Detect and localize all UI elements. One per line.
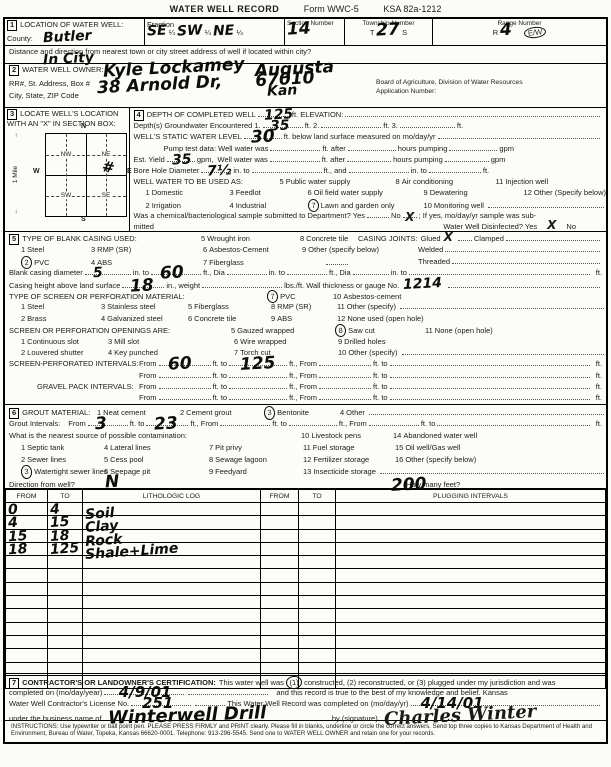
dotted-blank[interactable] [369,407,604,415]
yield-blank[interactable]: 35 [167,154,195,162]
option-sewage-lagoon[interactable]: 8Sewage lagoon [209,454,303,466]
litholog-cell-from2[interactable] [261,556,299,569]
section-grout: 6GROUT MATERIAL: 1Neat cement2Cement gro… [5,405,606,489]
signature-value: Charles Winter [384,707,537,725]
option-rmp-sr[interactable]: 3RMP (SR) [91,244,203,255]
option-number: 2 [21,347,25,358]
fraction-cell[interactable]: Fraction SE ¼ SW ¼ NE ¼ [145,19,285,45]
static-level-rest: ft. below land surface measured on mo/da… [284,131,436,142]
section-1-number: 1 [7,20,17,31]
litholog-cell-plugging[interactable] [336,556,606,569]
option-label: Livestock pens [311,430,361,442]
form-number: Form WWC-5 [304,4,359,14]
litholog-cell-from[interactable] [6,649,48,662]
litholog-cell-to[interactable]: 125 [48,542,83,555]
grout-from3-blank[interactable] [369,418,419,426]
litholog-cell-plugging[interactable] [336,529,606,542]
dotted-blank[interactable] [488,200,604,208]
joints-welded-label[interactable]: Welded [418,244,443,255]
option-livestock-pens[interactable]: 10Livestock pens [301,430,393,442]
litholog-cell-plugging[interactable] [336,596,606,609]
handwritten-to-value: 15 [50,516,81,528]
ft-to-label: ft. to [373,358,388,369]
direction-value[interactable]: N [105,477,120,488]
gravel-from3-blank[interactable] [159,392,211,400]
litholog-cell-from[interactable] [6,582,48,595]
signature-label: by (signature) [332,713,378,724]
bore2-to-blank[interactable] [429,165,481,173]
litholog-cell-plugging[interactable] [336,516,606,529]
casing-diameter-blank[interactable]: 5 [85,267,131,275]
litholog-cell-to2[interactable] [299,556,336,569]
option-asbestos-cement[interactable]: 6Asbestos-Cement [203,244,302,255]
ft-label: ft. [596,418,602,430]
openings-row2: 2Louvered shutter4Key punched7Torch cut1… [21,347,606,358]
litholog-cell-to2[interactable] [299,635,336,648]
arrow-up-icon: ↑ [15,133,18,139]
litholog-cell-plugging[interactable] [336,635,606,648]
option-number: 10 [301,430,309,442]
county-cell: 1LOCATION OF WATER WELL: County: Butler [5,19,145,45]
section-locate-and-depth: 3LOCATE WELL'S LOCATION WITH AN "X" IN S… [5,108,606,232]
static-level-blank[interactable]: 30 [244,131,282,139]
wall-value: 1214 [403,278,442,290]
option-concrete-tile[interactable]: 6Concrete tile [188,313,271,324]
litholog-cell-plugging[interactable] [336,622,606,635]
litholog-cell-from2[interactable] [261,622,299,635]
litholog-body: 04Soil415Clay1518Rock18125Shale+Lime [6,503,606,689]
ft-dia-label: ft., Dia [203,267,225,278]
litholog-header: TO [299,490,336,503]
groundwater2-blank[interactable] [321,120,381,128]
litholog-cell-from2[interactable] [261,582,299,595]
bore-diameter-blank[interactable]: 7½ [201,165,231,173]
litholog-cell-from2[interactable] [261,635,299,648]
option-stainless-steel[interactable]: 3Stainless steel [101,301,188,312]
owner-fields[interactable]: 2WATER WELL OWNER: RR#, St. Address, Box… [5,64,376,107]
option-label: Septic tank [27,442,64,454]
option-label: Concrete tile [306,233,348,244]
openings-row1: 1Continuous slot3Mill slot6Wire wrapped9… [21,336,606,347]
litholog-cell-to[interactable] [48,569,83,582]
gravel-from2-blank[interactable] [319,381,371,389]
ft-from-label: ft., From [289,358,317,369]
casing-height-value: 18 [130,280,154,291]
litholog-cell-to[interactable] [48,609,83,622]
one-mile-scale: ↑ 1 Mile ↓ [11,133,21,215]
litholog-cell-to2[interactable] [299,582,336,595]
option-seepage-pit[interactable]: 6Seepage pit [104,466,209,478]
litholog-cell-plugging[interactable] [336,609,606,622]
screen-to4-blank[interactable] [390,370,590,378]
joints-glued-label[interactable]: Glued [421,233,441,244]
option-feedyard[interactable]: 9Feedyard [209,466,303,478]
from-label: From [139,392,157,403]
range-prefix: R [493,28,498,37]
litholog-cell-desc[interactable]: Shale+Lime [83,542,261,555]
ft-to-label: ft. to [213,370,228,381]
option-dewatering[interactable]: 9Dewatering [424,187,524,198]
dotted-blank[interactable] [402,347,604,355]
option-louvered-shutter[interactable]: 2Louvered shutter [21,347,108,358]
option-label: Galvanized steel [107,313,162,324]
screen-to-value: 125 [239,358,275,370]
litholog-cell-to2[interactable] [299,649,336,662]
contamination-row2: 2Sewer lines5Cess pool8Sewage lagoon12Fe… [21,454,606,466]
screen-from3-blank[interactable] [159,370,211,378]
groundwater3-blank[interactable] [400,120,455,128]
casing-dia3-blank[interactable] [353,267,389,275]
ft-from-label: ft., From [190,418,218,430]
township-cell[interactable]: Township Number T 27 S [345,19,433,45]
litholog-cell-to2[interactable] [299,609,336,622]
ft-label: ft. [596,370,602,381]
litholog-cell-plugging[interactable] [336,582,606,595]
pump-level-blank[interactable] [270,143,320,151]
litholog-cell-desc[interactable] [83,635,261,648]
ft-to-label: ft. to [373,392,388,403]
option-label: Injection well [505,176,548,187]
option-fuel-storage[interactable]: 11Fuel storage [303,442,395,454]
option-number: 10 [338,347,346,358]
mile-label: 1 Mile [13,165,20,182]
option-label: Feedlot [236,187,261,198]
ft-to-label: ft. to [213,358,228,369]
option-feedlot[interactable]: 3Feedlot [230,187,308,198]
casing-height-blank[interactable]: 18 [122,280,164,288]
option-number: 7 [209,442,213,454]
business-name-value: Winterwell Drill [107,707,266,724]
hours-pumping-label: hours pumping [398,143,448,154]
elevation-blank[interactable] [345,109,600,117]
litholog-cell-desc[interactable] [83,609,261,622]
disinfected-no-label[interactable]: No [566,221,576,232]
litholog-cell-desc[interactable] [83,596,261,609]
litholog-cell-to[interactable] [48,649,83,662]
option-label: Asbestos-Cement [209,244,269,255]
casing-to-blank[interactable]: 60 [151,267,201,275]
litholog-cell-from2[interactable] [261,609,299,622]
grout-from-blank[interactable]: 3 [88,418,128,426]
option-none-used-open-hole[interactable]: 12None used (open hole) [337,313,424,324]
casing-other-blank[interactable] [326,257,348,265]
gravel-from-blank[interactable] [159,381,211,389]
casing-dia2-blank[interactable] [227,267,267,275]
litholog-cell-to2[interactable] [299,622,336,635]
litholog-cell-from[interactable]: 4 [6,516,48,529]
litholog-cell-from[interactable] [6,569,48,582]
agency-block: Board of Agriculture, Division of Water … [376,64,606,107]
option-number: 8 [209,454,213,466]
option-steel[interactable]: 1Steel [21,244,91,255]
litholog-cell-to[interactable] [48,635,83,648]
section-certification: 7 CONTRACTOR'S OR LANDOWNER'S CERTIFICAT… [5,674,606,721]
option-fertilizer-storage[interactable]: 12Fertilizer storage [303,454,395,466]
litholog-cell-from2[interactable] [261,529,299,542]
option-number: 16 [395,454,403,466]
option-number: 6 [188,313,192,324]
dotted-blank[interactable] [380,466,604,474]
option-wire-wrapped[interactable]: 6Wire wrapped [234,336,338,347]
option-label: RMP (SR) [277,301,311,312]
grout-from2-blank[interactable] [220,418,270,426]
option-label: Wire wrapped [240,336,286,347]
ft-after-label: ft. after [322,154,345,165]
option-other-specify-below[interactable]: 16Other (specify below) [395,454,476,466]
quarter-symbol: ¼ [205,28,211,37]
ft-from-label: ft., From [289,370,317,381]
option-label: Steel [27,244,44,255]
contamination-row0: 10Livestock pens14Abandoned water well [301,430,606,442]
option-watertight-sewer-lines[interactable]: 3Watertight sewer lines [21,465,104,479]
joints-clamped-label[interactable]: Clamped [474,233,504,244]
from-label: From [68,418,86,430]
option-sewer-lines[interactable]: 2Sewer lines [21,454,104,466]
ft-to-label: ft. to [213,381,228,392]
section-number-cell[interactable]: Section Number 14 [285,19,345,45]
disinfected-yes-mark[interactable]: X [547,221,556,229]
option-septic-tank[interactable]: 1Septic tank [21,442,104,454]
bore2-blank[interactable] [349,165,409,173]
option-number: 5 [280,176,284,187]
pump-rate-blank[interactable] [449,143,497,151]
litholog-cell-to2[interactable] [299,529,336,542]
hours-pumping-label: hours pumping [393,154,443,165]
option-other-specify[interactable]: 10Other (specify) [338,347,606,358]
option-number: 12 [303,454,311,466]
gravel-from4-blank[interactable] [319,392,371,400]
grout-to3-blank[interactable] [437,418,589,426]
joints-clamped-blank[interactable] [506,233,600,241]
litholog-cell-plugging[interactable] [336,503,606,516]
well-location-mark: # [100,157,114,177]
sample-no-blank[interactable]: X [403,210,417,218]
option-mill-slot[interactable]: 3Mill slot [108,336,234,347]
option-number: 4 [101,313,105,324]
in-to-label: in. to [269,267,285,278]
option-fiberglass[interactable]: 5Fiberglass [188,301,271,312]
completed-date-blank2[interactable] [188,687,268,695]
litholog-header: FROM [6,490,48,503]
litholog-cell-from2[interactable] [261,542,299,555]
option-abandoned-water-well[interactable]: 14Abandoned water well [393,430,477,442]
option-abs[interactable]: 9ABS [271,313,337,324]
litholog-cell-to[interactable] [48,596,83,609]
depth-blank[interactable]: 125 [258,109,290,117]
litholog-cell-plugging[interactable] [336,569,606,582]
handwritten-from-value: 15 [8,529,46,542]
option-brass[interactable]: 2Brass [21,313,101,324]
option-number: 7 [234,347,238,358]
option-number: 4 [104,442,108,454]
arrow-down-icon: ↓ [15,209,18,215]
sample-yes-blank[interactable] [367,210,389,218]
option-pit-privy[interactable]: 7Pit privy [209,442,303,454]
option-number: 2 [21,454,25,466]
joints-threaded-blank[interactable] [452,256,600,264]
casing-diameter-label: Blank casing diameter [9,267,83,278]
range-cell[interactable]: Range Number R 4 E/W [433,19,606,45]
joints-welded-blank[interactable] [445,244,600,252]
grout-to-blank[interactable]: 23 [146,418,188,426]
application-number-label[interactable]: Application Number: [376,87,604,96]
township-value: 27 [376,24,400,35]
litholog-cell-from[interactable]: 18 [6,542,48,555]
litholog-cell-to2[interactable] [299,542,336,555]
litholog-cell-to2[interactable] [299,516,336,529]
option-continuous-slot[interactable]: 1Continuous slot [21,336,108,347]
screen-to3-blank[interactable] [229,370,287,378]
from-label: From [139,358,157,369]
option-insecticide-storage[interactable]: 13Insecticide storage [303,466,606,478]
litholog-cell-plugging[interactable] [336,542,606,555]
option-label: Oil well/Gas well [405,442,460,454]
option-number: 11 [337,301,345,312]
joints-glued-blank[interactable] [458,233,472,241]
litholog-cell-from[interactable] [6,609,48,622]
option-concrete-tile[interactable]: 8Concrete tile [300,233,348,244]
litholog-cell-to[interactable] [48,622,83,635]
screen-to2-blank[interactable] [390,358,590,366]
litholog-cell-from2[interactable] [261,503,299,516]
litholog-cell-plugging[interactable] [336,649,606,662]
option-label: Louvered shutter [27,347,83,358]
litholog-cell-desc[interactable] [83,582,261,595]
screen-from2-blank[interactable] [319,358,371,366]
option-oil-well-gas-well[interactable]: 15Oil well/Gas well [395,442,460,454]
option-cess-pool[interactable]: 5Cess pool [104,454,209,466]
compass-west: W [33,168,40,175]
secbox-heading: LOCATE WELL'S LOCATION WITH AN "X" IN SE… [7,109,118,128]
wall-blank[interactable] [448,280,600,288]
option-rmp-sr[interactable]: 8RMP (SR) [271,301,337,312]
option-air-conditioning[interactable]: 8Air conditioning [396,176,496,187]
quarter-symbol: ¼ [169,28,175,37]
option-wrought-iron[interactable]: 5Wrought iron [201,233,300,244]
option-label: Fiberglass [194,301,229,312]
screen-from4-blank[interactable] [319,370,371,378]
quadrant-sw[interactable]: SW [60,192,72,199]
option-steel[interactable]: 1Steel [21,301,101,312]
option-lateral-lines[interactable]: 4Lateral lines [104,442,209,454]
yield-level-blank[interactable] [270,154,320,162]
range-east-west[interactable]: E/W [524,26,547,39]
yield-rate-blank[interactable] [445,154,489,162]
gravel-to4-blank[interactable] [390,392,590,400]
dotted-blank[interactable] [400,301,604,309]
bore-to-blank[interactable] [252,165,322,173]
option-label: None used (open hole) [347,313,423,324]
litholog-cell-to2[interactable] [299,569,336,582]
section-4-number: 4 [134,110,144,121]
section-grid[interactable]: NW NE SW SE # [45,133,127,217]
in-to-label: in. to [233,165,249,176]
option-label: Steel [27,301,44,312]
option-drilled-holes[interactable]: 9Drilled holes [338,336,385,347]
static-date-blank[interactable] [438,131,600,139]
handwritten-from-value: 0 [8,503,46,516]
option-label: RMP (SR) [97,244,131,255]
litholog-cell-from[interactable] [6,635,48,648]
option-domestic[interactable]: 1Domestic [146,187,230,198]
grid-dashed-h2 [46,196,126,197]
joints-threaded-label[interactable]: Threaded [418,256,450,267]
option-number: 11 [303,442,311,454]
option-number: 6 [203,244,207,255]
ft-dia-label: ft., Dia [329,267,351,278]
litholog-cell-to[interactable] [48,582,83,595]
casing-dia3-to-blank[interactable] [409,267,590,275]
form-frame: 1LOCATION OF WATER WELL: County: Butler … [3,17,608,744]
gravel-to-blank[interactable] [229,381,287,389]
option-number: 8 [396,176,400,187]
litholog-cell-from[interactable]: 0 [6,503,48,516]
option-public-water-supply[interactable]: 5Public water supply [280,176,396,187]
option-other-specify[interactable]: 11Other (specify) [337,301,606,312]
owner-city-label: City, State, ZIP Code [9,91,79,100]
gravel-to2-blank[interactable] [390,381,590,389]
pump-after-blank[interactable] [348,143,396,151]
litholog-cell-from2[interactable] [261,596,299,609]
option-injection-well[interactable]: 11Injection well [496,176,549,187]
option-other-specify-below[interactable]: 12Other (Specify below) [524,187,606,198]
litholog-cell-from2[interactable] [261,569,299,582]
option-label: Wrought iron [207,233,250,244]
handwritten-from-value: 18 [8,543,46,556]
litholog-cell-from2[interactable] [261,516,299,529]
section-well-details: 4 DEPTH OF COMPLETED WELL 125 ft. ELEVAT… [130,108,606,231]
usage-options-row0: 5Public water supply8Air conditioning11I… [280,176,606,187]
form-title: WATER WELL RECORD [170,4,280,14]
screen-from-blank[interactable]: 60 [159,358,211,366]
option-oil-field-water-supply[interactable]: 6Oil field water supply [308,187,424,198]
quadrant-se[interactable]: SE [101,192,112,199]
option-galvanized-steel[interactable]: 4Galvanized steel [101,313,188,324]
county-label: County: [7,34,33,43]
option-label: ABS [277,313,292,324]
litholog-cell-desc[interactable] [83,622,261,635]
option-number: 12 [337,313,345,324]
option-label: Public water supply [286,176,351,187]
grid-dashed-v1 [66,134,67,216]
gravel-to3-blank[interactable] [229,392,287,400]
ft-and-label: ft., and [324,165,347,176]
option-label: Abandoned water well [403,430,477,442]
grout-heading: GROUT MATERIAL: [22,408,90,417]
litholog-cell-from[interactable]: 15 [6,529,48,542]
litholog-cell-desc[interactable] [83,649,261,662]
litholog-cell-to2[interactable] [299,596,336,609]
weight-blank[interactable] [202,280,282,288]
gpm-label: gpm [499,143,514,154]
option-label: Fertilizer storage [313,454,369,466]
casing-dia2-to-blank[interactable] [287,267,327,275]
litholog-cell-from2[interactable] [261,649,299,662]
handwritten-from-value: 4 [8,516,46,529]
option-label: Sewer lines [27,454,66,466]
option-number: 1 [21,301,25,312]
litholog-cell-desc[interactable] [83,569,261,582]
screen-to-blank[interactable]: 125 [229,358,287,366]
grout-to2-blank[interactable] [289,418,337,426]
litholog-cell-to2[interactable] [299,503,336,516]
ft-from-label: ft., From [339,418,367,430]
litholog-cell-from[interactable] [6,596,48,609]
litholog-cell-from[interactable] [6,622,48,635]
quadrant-nw[interactable]: NW [60,151,73,158]
yield-after-blank[interactable] [347,154,391,162]
option-number: 13 [303,466,311,478]
